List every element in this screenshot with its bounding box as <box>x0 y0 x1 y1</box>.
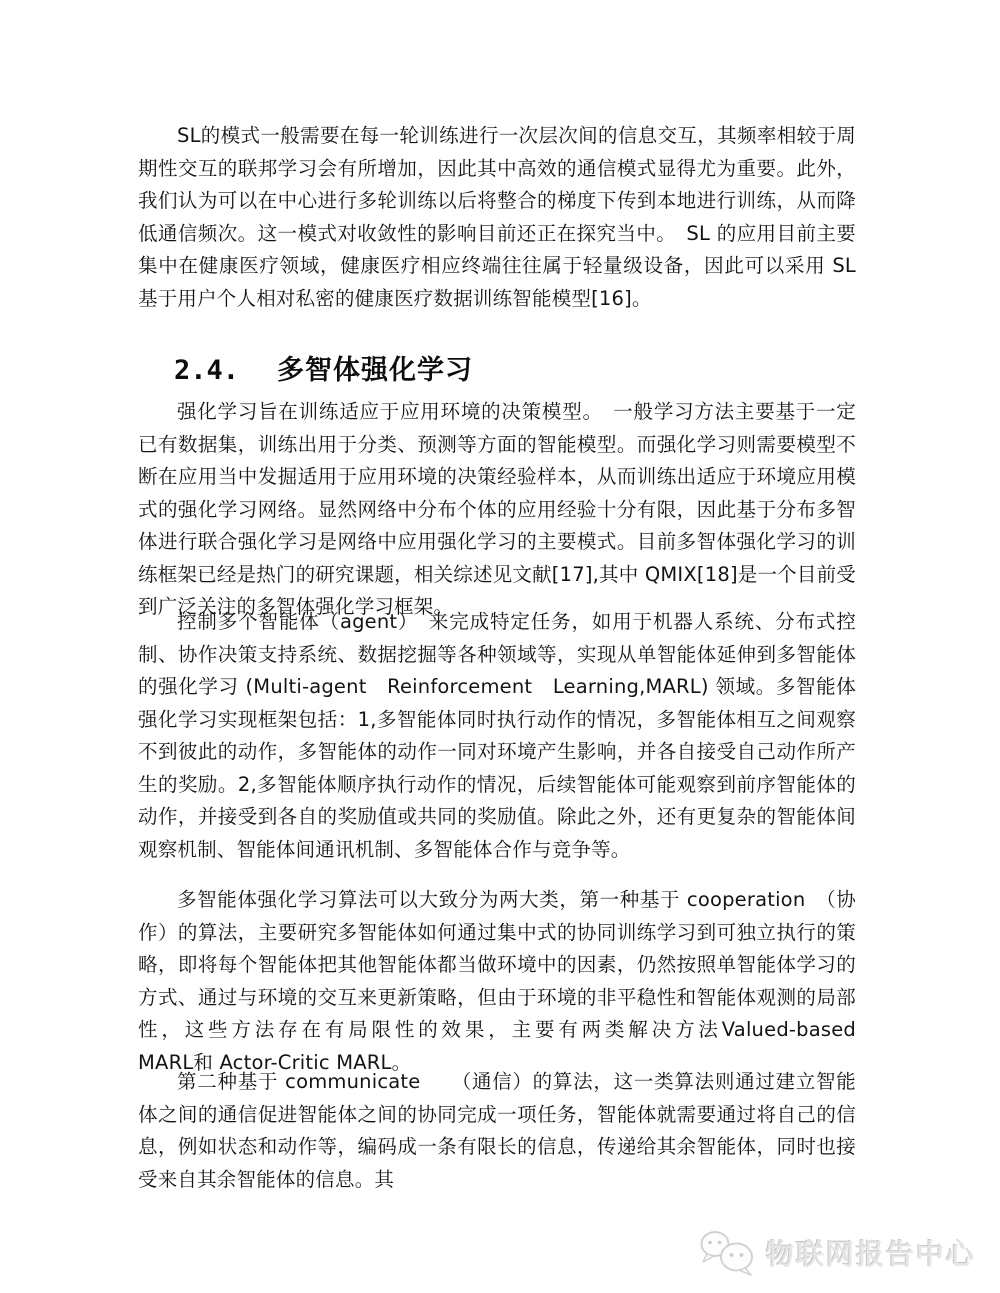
paragraph-rl-overview: 强化学习旨在训练适应于应用环境的决策模型。 一般学习方法主要基于一定已有数据集，… <box>138 396 856 624</box>
section-heading: 2.4. 多智体强化学习 <box>174 348 473 387</box>
section-heading-title: 多智体强化学习 <box>277 348 473 387</box>
document-page: SL的模式一般需要在每一轮训练进行一次层次间的信息交互，其频率相较于周期性交互的… <box>0 0 1000 1293</box>
section-heading-number: 2.4. <box>174 355 239 386</box>
paragraph-cooperation-algorithms: 多智能体强化学习算法可以大致分为两大类，第一种基于 cooperation （协… <box>138 884 856 1079</box>
paragraph-marl-framework: 控制多个智能体（agent） 来完成特定任务，如用于机器人系统、分布式控制、协作… <box>138 606 856 866</box>
paragraph-sl-communication: SL的模式一般需要在每一轮训练进行一次层次间的信息交互，其频率相较于周期性交互的… <box>138 120 856 315</box>
watermark: 物联网报告中心 <box>698 1229 976 1277</box>
watermark-label: 物联网报告中心 <box>766 1233 976 1273</box>
paragraph-communicate-algorithms: 第二种基于 communicate （通信）的算法，这一类算法则通过建立智能体之… <box>138 1066 856 1196</box>
wechat-icon <box>698 1229 756 1277</box>
